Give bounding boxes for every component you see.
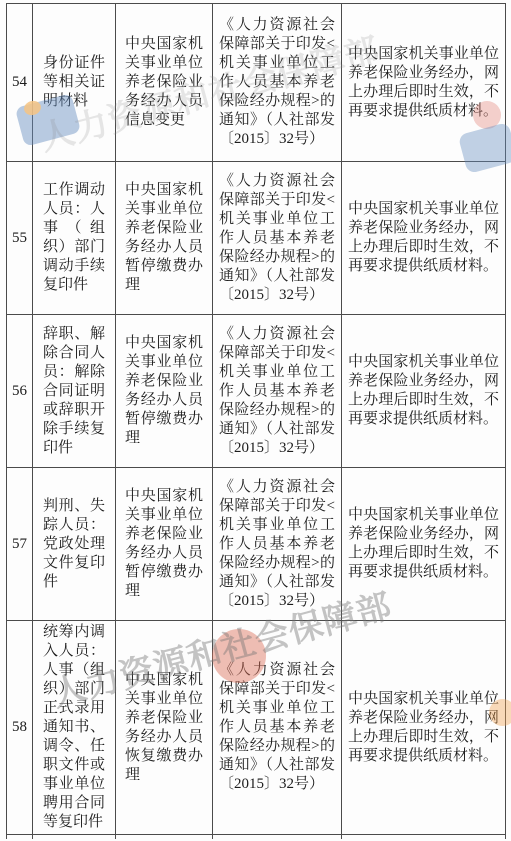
document-page: 54 身份证件等相关证明材料 中央国家机关事业单位养老保险业务经办人员信息变更 …	[0, 0, 511, 841]
row-number: 54	[7, 4, 33, 162]
cell-material: 身份证件等相关证明材料	[33, 4, 116, 162]
table-row: 54 身份证件等相关证明材料 中央国家机关事业单位养老保险业务经办人员信息变更 …	[7, 4, 506, 162]
cell-result: 中央国家机关事业单位养老保险业务经办，网上办理后即时生效，不再要求提供纸质材料。	[342, 4, 506, 162]
cell-material: 统筹内调入人员：人事（组织）部门正式录用通知书、调令、任职文件或事业单位聘用合同…	[33, 621, 116, 835]
table-row: 57 判刑、失踪人员：党政处理文件复印件 中央国家机关事业单位养老保险业务经办人…	[7, 468, 506, 621]
cell-material: 判刑、失踪人员：党政处理文件复印件	[33, 468, 116, 621]
cell-legal-basis: 《人力资源社会保障部关于印发<机关事业单位工作人员基本养老保险经办规程>的通知》…	[213, 4, 342, 162]
cell-business: 中央国家机关事业单位养老保险业务经办人员暂停缴费办理	[116, 162, 213, 315]
cell-legal-basis: 《人力资源社会保障部关于印发<机关事业单位工作人员基本养老保险经办规程>的通知》…	[213, 315, 342, 468]
cell-material: 辞职、解除合同人员：解除合同证明或辞职开除手续复印件	[33, 315, 116, 468]
row-number: 55	[7, 162, 33, 315]
cell-business: 中央国家机关事业单位养老保险业务经办人员恢复缴费办理	[116, 621, 213, 835]
cell-legal-basis: 《人力资源社会保障部关于印发<机关事业单位工作人员基本养老保险经办规程>的通知》…	[213, 621, 342, 835]
cell-result: 中央国家机关事业单位养老保险业务经办，网上办理后即时生效，不再要求提供纸质材料。	[342, 315, 506, 468]
materials-table: 54 身份证件等相关证明材料 中央国家机关事业单位养老保险业务经办人员信息变更 …	[6, 3, 506, 839]
cell-business: 中央国家机关事业单位养老保险业务经办人员信息变更	[116, 4, 213, 162]
row-number: 56	[7, 315, 33, 468]
cell-business: 中央国家机关事业单位养老保险业务经办人员暂停缴费办理	[116, 315, 213, 468]
cell-material: 工作调动人员：人事（组织）部门调动手续复印件	[33, 162, 116, 315]
next-row-sliver	[7, 835, 506, 839]
cell-result: 中央国家机关事业单位养老保险业务经办，网上办理后即时生效，不再要求提供纸质材料。	[342, 468, 506, 621]
table-row: 56 辞职、解除合同人员：解除合同证明或辞职开除手续复印件 中央国家机关事业单位…	[7, 315, 506, 468]
cell-legal-basis: 《人力资源社会保障部关于印发<机关事业单位工作人员基本养老保险经办规程>的通知》…	[213, 468, 342, 621]
table-row: 58 统筹内调入人员：人事（组织）部门正式录用通知书、调令、任职文件或事业单位聘…	[7, 621, 506, 835]
cell-result: 中央国家机关事业单位养老保险业务经办，网上办理后即时生效，不再要求提供纸质材料。	[342, 621, 506, 835]
row-number: 58	[7, 621, 33, 835]
table-row: 55 工作调动人员：人事（组织）部门调动手续复印件 中央国家机关事业单位养老保险…	[7, 162, 506, 315]
cell-result: 中央国家机关事业单位养老保险业务经办，网上办理后即时生效，不再要求提供纸质材料。	[342, 162, 506, 315]
table-body: 54 身份证件等相关证明材料 中央国家机关事业单位养老保险业务经办人员信息变更 …	[7, 4, 506, 839]
cell-business: 中央国家机关事业单位养老保险业务经办人员暂停缴费办理	[116, 468, 213, 621]
row-number: 57	[7, 468, 33, 621]
cell-legal-basis: 《人力资源社会保障部关于印发<机关事业单位工作人员基本养老保险经办规程>的通知》…	[213, 162, 342, 315]
